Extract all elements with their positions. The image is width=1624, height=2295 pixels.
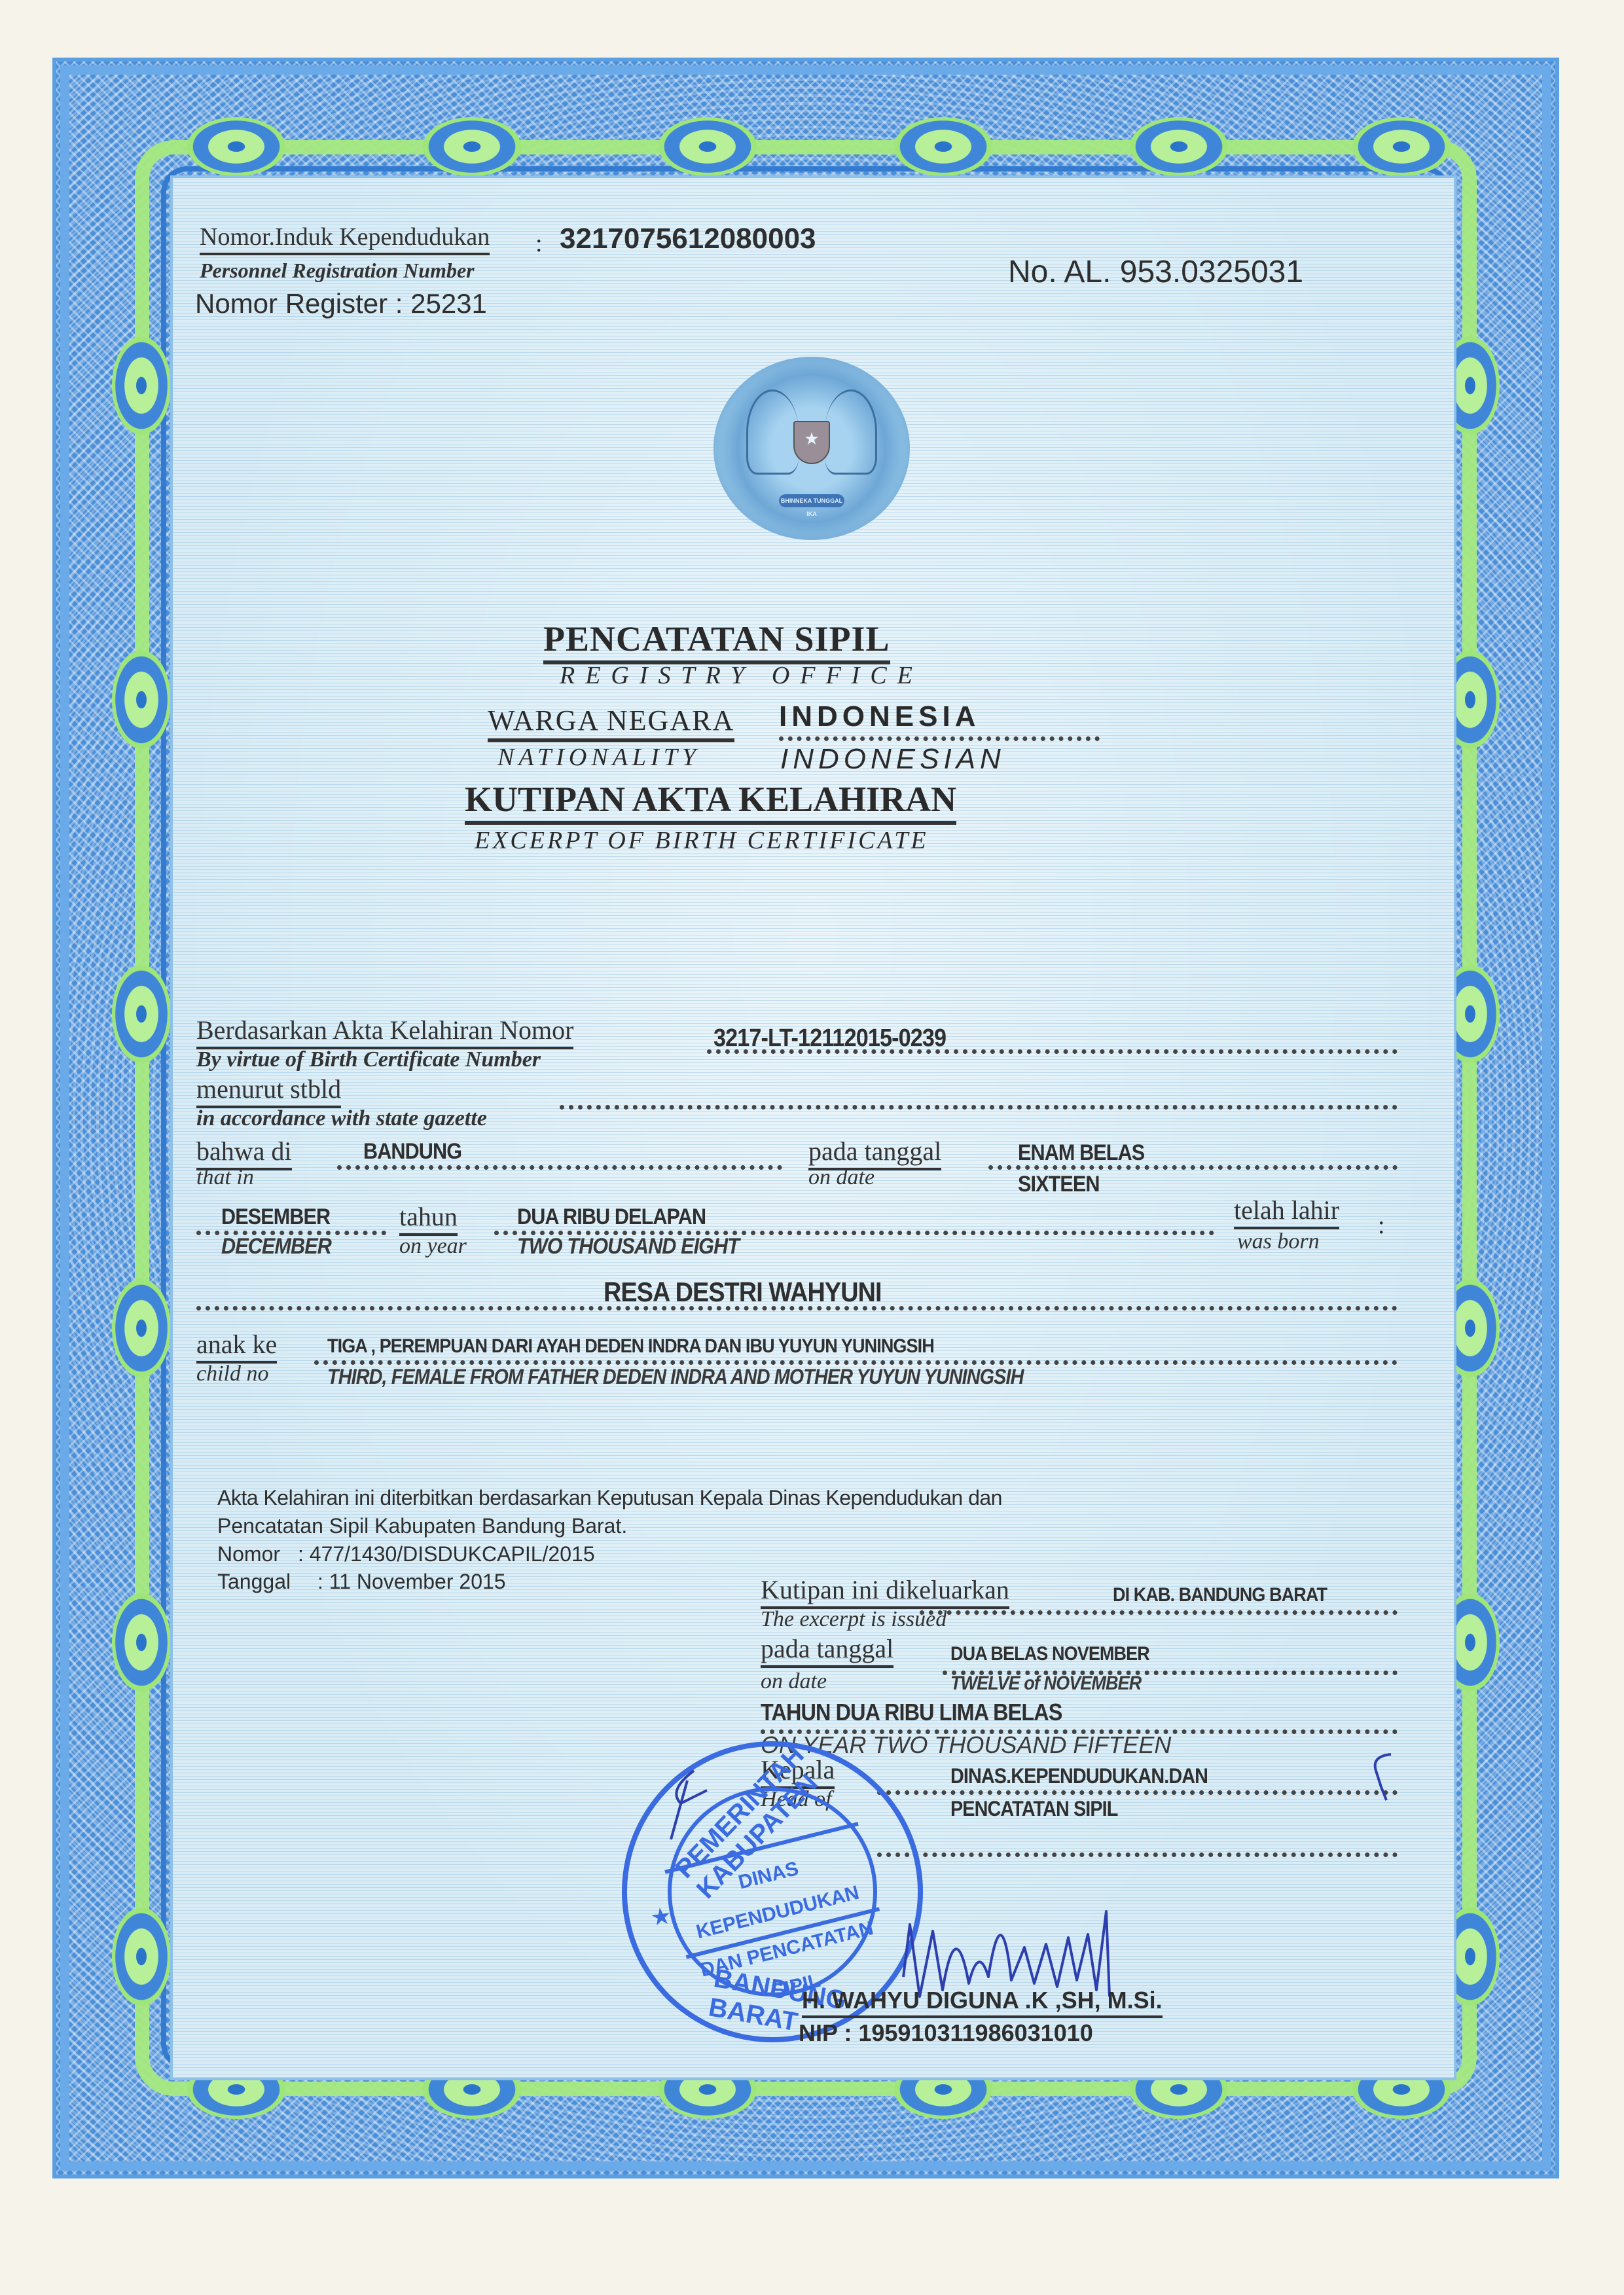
- register-line: Nomor Register : 25231: [195, 288, 487, 319]
- office-title: PENCATATAN SIPIL: [543, 619, 890, 664]
- handwritten-mark-icon: [1368, 1751, 1394, 1803]
- issue-date-label-en: on date: [761, 1669, 827, 1694]
- emblem-wing-right: [825, 389, 877, 475]
- emblem-motto: BHINNEKA TUNGGAL IKA: [779, 494, 844, 507]
- dotted-line: [560, 1105, 1398, 1110]
- child-name: RESA DESTRI WAHYUNI: [604, 1276, 882, 1308]
- dotted-line: [196, 1306, 1398, 1310]
- dotted-line: [988, 1165, 1398, 1170]
- nationality-label: WARGA NEGARA: [488, 704, 734, 742]
- decree-tanggal-value: : 11 November 2015: [317, 1570, 506, 1594]
- emblem-star-icon: ★: [803, 430, 821, 448]
- decree-line-2: Pencatatan Sipil Kabupaten Bandung Barat…: [217, 1514, 627, 1538]
- cert-number-label-en: By virtue of Birth Certificate Number: [196, 1047, 541, 1072]
- nik-label: Nomor.Induk Kependudukan: [200, 223, 490, 255]
- head-value-line-2: PENCATATAN SIPIL: [950, 1797, 1117, 1821]
- border-medallion: [112, 1593, 171, 1691]
- office-title-en: REGISTRY OFFICE: [560, 661, 923, 690]
- born-label: telah lahir: [1234, 1195, 1339, 1229]
- birth-month-value: DESEMBER: [221, 1204, 330, 1230]
- issue-date-label: pada tanggal: [761, 1633, 893, 1668]
- birth-year-value-en: TWO THOUSAND EIGHT: [517, 1234, 739, 1259]
- border-medallion: [112, 651, 171, 749]
- decree-tanggal-label: Tanggal: [217, 1570, 291, 1594]
- cert-number-value: 3217-LT-12112015-0239: [713, 1024, 946, 1053]
- document-title-en: EXCERPT OF BIRTH CERTIFICATE: [475, 826, 929, 855]
- born-colon: :: [1378, 1211, 1385, 1240]
- issued-label: Kutipan ini dikeluarkan: [761, 1574, 1009, 1609]
- nationality-label-en: NATIONALITY: [497, 743, 700, 772]
- child-no-value: TIGA , PEREMPUAN DARI AYAH DEDEN INDRA D…: [327, 1335, 934, 1358]
- official-nip: NIP : 195910311986031010: [799, 2019, 1093, 2047]
- dotted-line: [337, 1165, 782, 1170]
- register-label: Nomor Register: [195, 288, 388, 319]
- child-no-label-en: child no: [196, 1362, 268, 1386]
- nik-value: 3217075612080003: [560, 223, 816, 255]
- head-value-line-1: DINAS.KEPENDUDUKAN.DAN: [950, 1764, 1208, 1788]
- border-medallion: [894, 117, 992, 176]
- border-medallion: [1130, 117, 1228, 176]
- place-value: BANDUNG: [363, 1139, 461, 1165]
- border-medallion: [112, 336, 171, 435]
- border-medallion: [423, 117, 521, 176]
- nik-label-en: Personnel Registration Number: [200, 259, 475, 283]
- border-medallion: [187, 117, 285, 176]
- nationality-value-en: INDONESIAN: [780, 743, 1005, 776]
- border-medallion: [1352, 117, 1451, 176]
- border-medallion: [112, 1279, 171, 1377]
- dotted-line: [779, 736, 1100, 741]
- issued-place: DI KAB. BANDUNG BARAT: [1113, 1584, 1327, 1606]
- birth-date-value-en: SIXTEEN: [1018, 1172, 1100, 1197]
- nationality-value: INDONESIA: [779, 700, 980, 733]
- child-no-value-en: THIRD, FEMALE FROM FATHER DEDEN INDRA AN…: [327, 1365, 1023, 1389]
- decree-nomor-value: : 477/1430/DISDUKCAPIL/2015: [298, 1542, 595, 1566]
- official-name: H. WAHYU DIGUNA .K ,SH, M.Si.: [802, 1987, 1163, 2018]
- birth-year-label: tahun: [399, 1201, 458, 1236]
- emblem-wing-left: [746, 389, 799, 475]
- dotted-line: [877, 1852, 1398, 1857]
- initial-mark-icon: [661, 1767, 713, 1846]
- register-colon: :: [395, 288, 403, 319]
- document-title: KUTIPAN AKTA KELAHIRAN: [465, 779, 956, 825]
- dotted-line: [707, 1049, 1398, 1054]
- register-value: 25231: [410, 288, 487, 319]
- border-medallion: [112, 965, 171, 1063]
- garuda-emblem-icon: ★ BHINNEKA TUNGGAL IKA: [713, 357, 910, 540]
- issued-label-en: The excerpt is issued: [761, 1607, 947, 1632]
- dotted-line: [920, 1610, 1398, 1615]
- decree-nomor-label: Nomor: [217, 1542, 280, 1566]
- serial-number: No. AL. 953.0325031: [1008, 254, 1303, 290]
- born-label-en: was born: [1237, 1229, 1320, 1254]
- border-medallion: [659, 117, 757, 176]
- dotted-line: [877, 1790, 1398, 1795]
- stbld-label-en: in accordance with state gazette: [196, 1106, 487, 1131]
- border-medallion: [112, 1907, 171, 2006]
- birth-month-value-en: DECEMBER: [221, 1234, 331, 1259]
- stbld-label: menurut stbld: [196, 1074, 341, 1108]
- issue-date-value-en: TWELVE of NOVEMBER: [950, 1672, 1141, 1695]
- decree-line-1: Akta Kelahiran ini diterbitkan berdasark…: [217, 1486, 1002, 1510]
- birth-date-value: ENAM BELAS: [1018, 1140, 1144, 1166]
- dotted-line: [314, 1360, 1398, 1365]
- birth-year-label-en: on year: [399, 1234, 467, 1259]
- nik-colon: :: [535, 229, 543, 258]
- place-label-en: that in: [196, 1165, 254, 1190]
- birth-date-label-en: on date: [808, 1165, 875, 1190]
- stamp-star-icon: ★: [649, 1902, 674, 1932]
- child-no-label: anak ke: [196, 1329, 277, 1364]
- cert-number-label: Berdasarkan Akta Kelahiran Nomor: [196, 1015, 573, 1049]
- birth-year-value: DUA RIBU DELAPAN: [517, 1204, 706, 1230]
- issue-date-value: DUA BELAS NOVEMBER: [950, 1643, 1149, 1665]
